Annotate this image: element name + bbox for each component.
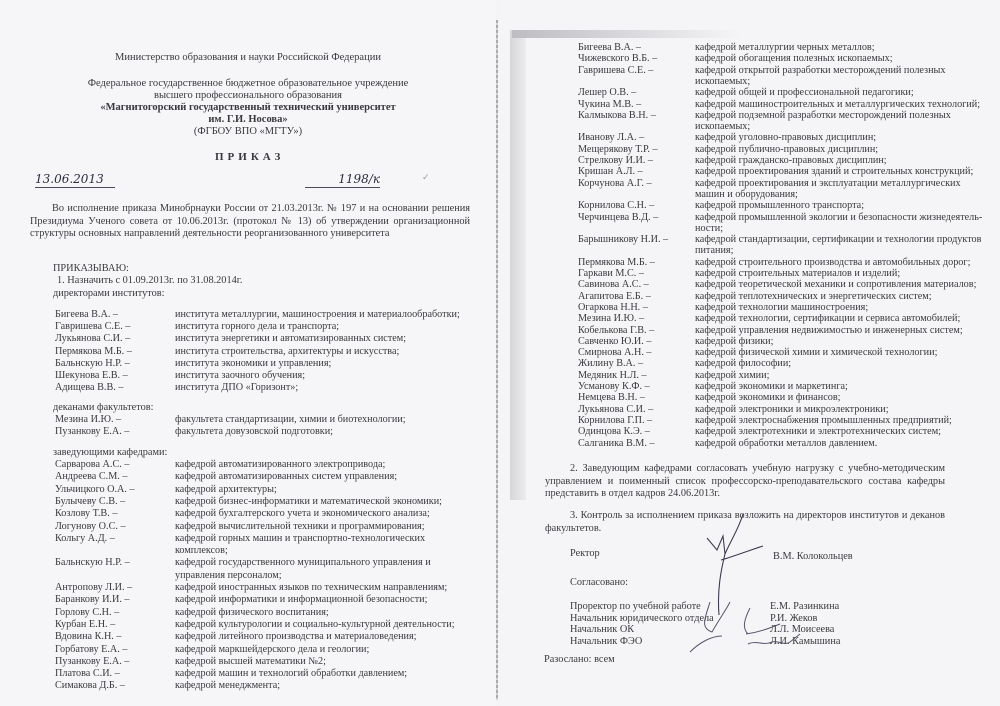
person-name: Одинцова К.Э. – xyxy=(578,426,650,437)
check-mark-icon: ✓ xyxy=(422,172,430,183)
position-description: кафедрой проектирования зданий и строите… xyxy=(695,166,973,177)
position-description: кафедрой строительного производства и ав… xyxy=(695,257,970,268)
left-page: Министерство образования и науки Российс… xyxy=(0,0,496,706)
position-description: кафедрой физики; xyxy=(695,336,773,347)
person-name: Корнилова С.Н. – xyxy=(578,200,654,211)
position-description: кафедрой автоматизированных систем управ… xyxy=(175,471,397,482)
position-description: кафедрой открытой разработки месторожден… xyxy=(695,65,945,76)
person-name: Савинова А.С. – xyxy=(578,279,649,290)
position-description: кафедрой экономики и маркетинга; xyxy=(695,381,848,392)
position-description: института горного дела и транспорта; xyxy=(175,321,339,332)
person-name: Баранкову И.И. – xyxy=(55,594,130,605)
position-description: кафедрой общей и профессиональной педаго… xyxy=(695,87,914,98)
person-name: Вдовина К.Н. – xyxy=(55,631,122,642)
position-description: института экономики и управления; xyxy=(175,358,331,369)
heads-label: заведующими кафедрами: xyxy=(53,447,167,458)
person-name: Мезина И.Ю. – xyxy=(55,414,121,425)
page-fold-divider xyxy=(496,20,498,700)
position-description: института энергетики и автоматизированны… xyxy=(175,333,406,344)
person-name: Антропову Л.И. – xyxy=(55,582,132,593)
person-name: Бигеева В.А. – xyxy=(55,309,118,320)
position-description: кафедрой технологии, сертификации и серв… xyxy=(695,313,960,324)
person-name: Лукьянова С.И. – xyxy=(55,333,130,344)
position-description: кафедрой обработки металлов давлением. xyxy=(695,438,877,449)
person-name: Адищева В.В. – xyxy=(55,382,123,393)
position-description: кафедрой строительных материалов и издел… xyxy=(695,268,900,279)
position-description: кафедрой металлургии черных металлов; xyxy=(695,42,875,53)
person-name: Бальнскую Н.Р. – xyxy=(55,358,130,369)
position-description: кафедрой государственного муниципального… xyxy=(175,557,431,568)
person-name: Агапитова Е.Б. – xyxy=(578,291,651,302)
person-name: Огаркова Н.Н. – xyxy=(578,302,648,313)
person-name: Платова С.И. – xyxy=(55,668,120,679)
item-2-paragraph: 2. Заведующим кафедрами согласовать учеб… xyxy=(545,463,945,501)
position-description: кафедрой стандартизации, сертификации и … xyxy=(695,234,981,245)
position-description: кафедрой теоретической механики и сопрот… xyxy=(695,279,976,290)
person-name: Кобелькова Г.В. – xyxy=(578,325,654,336)
person-name: Кольгу А.Д. – xyxy=(55,533,115,544)
university-name-line-1: «Магнитогорский государственный техничес… xyxy=(0,102,496,113)
position-description: кафедрой бизнес-информатики и математиче… xyxy=(175,496,442,507)
person-name: Корчунова А.Г. – xyxy=(578,178,652,189)
position-description: кафедрой высшей математики №2; xyxy=(175,656,326,667)
position-description: кафедрой архитектуры; xyxy=(175,484,277,495)
position-description: кафедрой промышленной экологии и безопас… xyxy=(695,212,982,223)
position-description-continued: комплексов; xyxy=(175,545,228,556)
position-description: факультета довузовской подготовки; xyxy=(175,426,333,437)
scan-edge-shadow xyxy=(510,30,526,500)
person-name: Ульчицкого О.А. – xyxy=(55,484,135,495)
person-name: Иванову Л.А. – xyxy=(578,132,644,143)
position-description: кафедрой машин и технологий обработки да… xyxy=(175,668,407,679)
position-description: кафедрой автоматизированного электроприв… xyxy=(175,459,385,470)
position-description: кафедрой теплотехнических и энергетическ… xyxy=(695,291,932,302)
person-name: Лешер О.В. – xyxy=(578,87,636,98)
position-description: кафедрой физического воспитания; xyxy=(175,607,329,618)
position-description: кафедрой гражданско-правовых дисциплин; xyxy=(695,155,887,166)
position-description: кафедрой маркшейдерского дела и геологии… xyxy=(175,644,369,655)
position-description-continued: питания; xyxy=(695,245,733,256)
handwritten-order-number: 1198/к xyxy=(305,172,380,188)
rector-name: В.М. Колокольцев xyxy=(773,551,853,562)
person-name: Логунову О.С. – xyxy=(55,521,126,532)
approver-position: Начальник ФЭО xyxy=(570,636,642,647)
position-description: кафедрой культурологии и социально-культ… xyxy=(175,619,455,630)
person-name: Мещерякову Т.Р. – xyxy=(578,144,658,155)
position-description-continued: машин и оборудования; xyxy=(695,189,798,200)
person-name: Смирнова А.Н. – xyxy=(578,347,652,358)
position-description: кафедрой машиностроительных и металлурги… xyxy=(695,99,980,110)
position-description: кафедрой физической химии и химической т… xyxy=(695,347,937,358)
person-name: Савченко Ю.И. – xyxy=(578,336,651,347)
position-description: института строительства, архитектуры и и… xyxy=(175,346,399,357)
approvers-signatures-icon xyxy=(650,598,810,658)
person-name: Бигеева В.А. – xyxy=(578,42,641,53)
position-description: кафедрой уголовно-правовых дисциплин; xyxy=(695,132,876,143)
position-description: кафедрой обогащения полезных ископаемых; xyxy=(695,53,893,64)
person-name: Пузанкову Е.А. – xyxy=(55,656,129,667)
person-name: Чижевского В.Б. – xyxy=(578,53,657,64)
position-description-continued: ископаемых; xyxy=(695,121,750,132)
person-name: Корнилова Г.П. – xyxy=(578,415,652,426)
position-description: кафедрой электроснабжения промышленных п… xyxy=(695,415,952,426)
position-description: факультета стандартизации, химии и биоте… xyxy=(175,414,406,425)
document-title: ПРИКАЗ xyxy=(215,151,284,163)
person-name: Гаркави М.С. – xyxy=(578,268,644,279)
distribution-note: Разослано: всем xyxy=(544,654,615,665)
person-name: Лукьянова С.И. – xyxy=(578,404,653,415)
person-name: Горлову С.Н. – xyxy=(55,607,119,618)
position-description-continued: ности; xyxy=(695,223,723,234)
person-name: Медяник Н.Л. – xyxy=(578,370,647,381)
directors-label: директорами институтов: xyxy=(53,288,165,299)
position-description: института заочного обучения; xyxy=(175,370,305,381)
person-name: Булычеву С.В. – xyxy=(55,496,125,507)
position-description: кафедрой электротехники и электротехниче… xyxy=(695,426,941,437)
position-description-continued: ископаемых; xyxy=(695,76,750,87)
person-name: Немцева В.Н. – xyxy=(578,392,645,403)
order-word: ПРИКАЗЫВАЮ: xyxy=(53,263,129,274)
scan-top-edge xyxy=(512,30,742,38)
person-name: Гавришева С.Е. – xyxy=(578,65,653,76)
position-description: кафедрой вычислительной техники и програ… xyxy=(175,521,425,532)
rector-label: Ректор xyxy=(570,548,600,559)
university-abbreviation: (ФГБОУ ВПО «МГТУ») xyxy=(0,126,496,137)
person-name: Мезина И.Ю. – xyxy=(578,313,644,324)
person-name: Усманову К.Ф. – xyxy=(578,381,650,392)
person-name: Салганика В.М. – xyxy=(578,438,655,449)
person-name: Горбатову Е.А. – xyxy=(55,644,127,655)
person-name: Шекунова Е.В. – xyxy=(55,370,128,381)
institution-line-2: высшего профессионального образования xyxy=(0,90,496,101)
person-name: Пермякова М.Б. – xyxy=(578,257,655,268)
person-name: Калмыкова В.Н. – xyxy=(578,110,656,121)
person-name: Барышникову Н.И. – xyxy=(578,234,668,245)
position-description: кафедрой иностранных языков по техническ… xyxy=(175,582,447,593)
position-description: института ДПО «Горизонт»; xyxy=(175,382,298,393)
approver-position: Начальник ОК xyxy=(570,624,634,635)
person-name: Гавришева С.Е. – xyxy=(55,321,130,332)
position-description: кафедрой промышленного транспорта; xyxy=(695,200,864,211)
position-description: кафедрой литейного производства и матери… xyxy=(175,631,417,642)
university-name-line-2: им. Г.И. Носова» xyxy=(0,114,496,125)
person-name: Симакова Д.Б. – xyxy=(55,680,125,691)
item-1: 1. Назначить с 01.09.2013г. по 31.08.201… xyxy=(57,275,242,286)
person-name: Курбан Е.Н. – xyxy=(55,619,115,630)
position-description: кафедрой горных машин и транспортно-техн… xyxy=(175,533,425,544)
person-name: Черчинцева В.Д. – xyxy=(578,212,658,223)
position-description: кафедрой электроники и микроэлектроники; xyxy=(695,404,889,415)
person-name: Пузанкову Е.А. – xyxy=(55,426,129,437)
person-name: Кришан А.Л. – xyxy=(578,166,643,177)
person-name: Сарварова А.С. – xyxy=(55,459,129,470)
position-description: кафедрой проектирования и эксплуатации м… xyxy=(695,178,961,189)
person-name: Чукина М.В. – xyxy=(578,99,641,110)
position-description: кафедрой менеджмента; xyxy=(175,680,280,691)
preamble-paragraph: Во исполнение приказа Минобрнауки России… xyxy=(30,203,470,241)
position-description: кафедрой технологии машиностроения; xyxy=(695,302,868,313)
ministry-header: Министерство образования и науки Российс… xyxy=(0,52,496,63)
person-name: Козлову Т.В. – xyxy=(55,508,117,519)
position-description: кафедрой экономики и финансов; xyxy=(695,392,841,403)
person-name: Андреева С.М. – xyxy=(55,471,127,482)
person-name: Жилину В.А. – xyxy=(578,358,643,369)
agreed-label: Согласовано: xyxy=(570,577,628,588)
person-name: Бальнскую Н.Р. – xyxy=(55,557,130,568)
position-description: института металлургии, машиностроения и … xyxy=(175,309,460,320)
institution-line-1: Федеральное государственное бюджетное об… xyxy=(0,78,496,89)
position-description: кафедрой подземной разработки месторожде… xyxy=(695,110,951,121)
deans-label: деканами факультетов: xyxy=(53,402,153,413)
position-description: кафедрой информатики и информационной бе… xyxy=(175,594,427,605)
position-description: кафедрой бухгалтерского учета и экономич… xyxy=(175,508,430,519)
person-name: Пермякова М.Б. – xyxy=(55,346,132,357)
position-description: кафедрой публично-правовых дисциплин; xyxy=(695,144,878,155)
right-page: Бигеева В.А. –кафедрой металлургии черны… xyxy=(500,0,1000,706)
position-description: кафедрой философии; xyxy=(695,358,791,369)
position-description: кафедрой управления недвижимостью и инже… xyxy=(695,325,963,336)
position-description: кафедрой химии; xyxy=(695,370,769,381)
person-name: Стрелкову И.И. – xyxy=(578,155,653,166)
handwritten-date: 13.06.2013 xyxy=(35,172,115,188)
position-description-continued: управления персоналом; xyxy=(175,570,282,581)
